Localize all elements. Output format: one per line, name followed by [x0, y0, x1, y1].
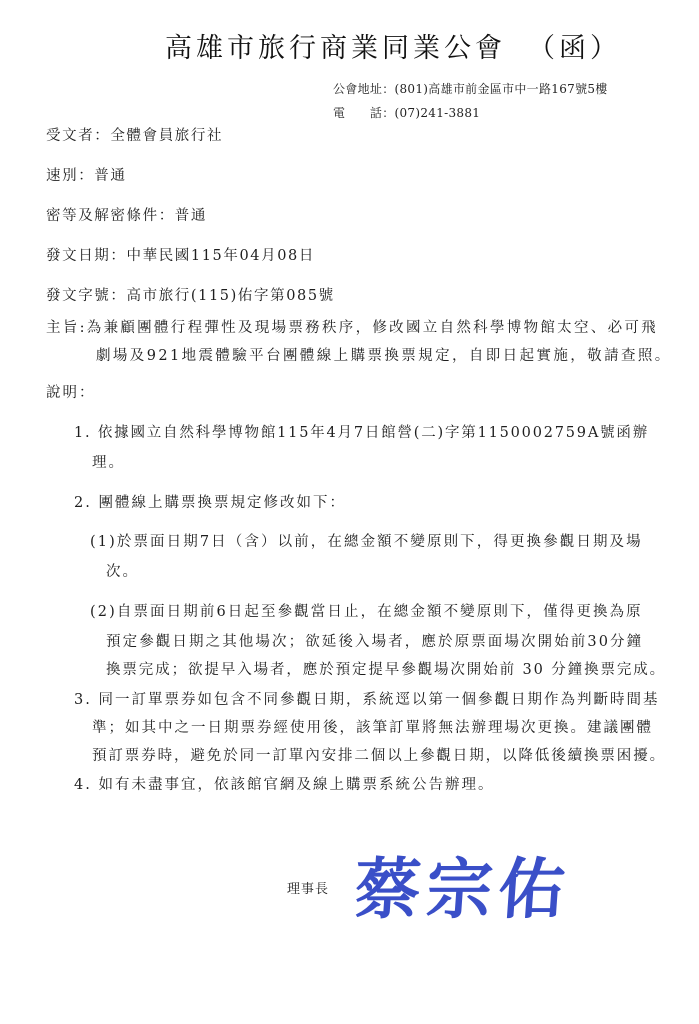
speed-field: 速別：普通 [46, 164, 127, 185]
item-3-line-2: 準；如其中之一日期票券經使用後，該筆訂單將無法辦理場次更換。建議團體 [92, 716, 653, 737]
sub-item-2-line-2: 預定參觀日期之其他場次；欲延後入場者，應於原票面場次開始前30分鐘 [106, 630, 643, 651]
subject-line-1: 主旨:為兼顧團體行程彈性及現場票務秩序，修改國立自然科學博物館太空、必可飛 [46, 316, 658, 337]
item-3-line-3: 預訂票券時，避免於同一訂單內安排二個以上參觀日期，以降低後續換票困擾。 [92, 744, 666, 765]
document-title: 高雄市旅行商業同業公會（函） [165, 26, 621, 65]
signature-title: 理事長 [287, 878, 329, 897]
subject-line-2: 劇場及921地震體驗平台團體線上購票換票規定，自即日起實施，敬請查照。 [96, 344, 672, 365]
item-3-line-1: 3. 同一訂單票券如包含不同參觀日期，系統逕以第一個參觀日期作為判斷時間基 [74, 688, 659, 709]
issue-date-field: 發文日期：中華民國115年04月08日 [46, 244, 315, 265]
explanation-heading: 說明： [46, 381, 96, 402]
classification-field: 密等及解密條件：普通 [46, 204, 207, 225]
item-4-line-1: 4. 如有未盡事宜，依該館官網及線上購票系統公告辦理。 [74, 773, 494, 794]
item-1-line-1: 1. 依據國立自然科學博物館115年4月7日館營(二)字第1150002759A… [74, 421, 649, 442]
sub-item-2-line-1: (2)自票面日期前6日起至參觀當日止，在總金額不變原則下，僅得更換為原 [90, 600, 643, 621]
document-type: （函） [528, 33, 621, 64]
issue-number-field: 發文字號：高市旅行(115)佑字第085號 [46, 284, 335, 305]
item-2-line-1: 2. 團體線上購票換票規定修改如下： [74, 491, 346, 512]
association-name: 高雄市旅行商業同業公會 [165, 33, 506, 64]
sub-item-1-line-1: (1)於票面日期7日（含）以前，在總金額不變原則下，得更換參觀日期及場 [90, 530, 643, 551]
sub-item-1-line-2: 次。 [106, 560, 139, 581]
recipient-field: 受文者：全體會員旅行社 [46, 124, 223, 145]
item-1-line-2: 理。 [92, 451, 125, 472]
sub-item-2-line-3: 換票完成；欲提早入場者，應於預定提早參觀場次開始前 30 分鐘換票完成。 [106, 658, 666, 679]
signature-name: 蔡宗佑 [352, 836, 575, 931]
association-phone: 電 話：(07)241-3881 [333, 104, 480, 121]
association-address: 公會地址：(801)高雄市前金區市中一路167號5樓 [333, 80, 608, 97]
